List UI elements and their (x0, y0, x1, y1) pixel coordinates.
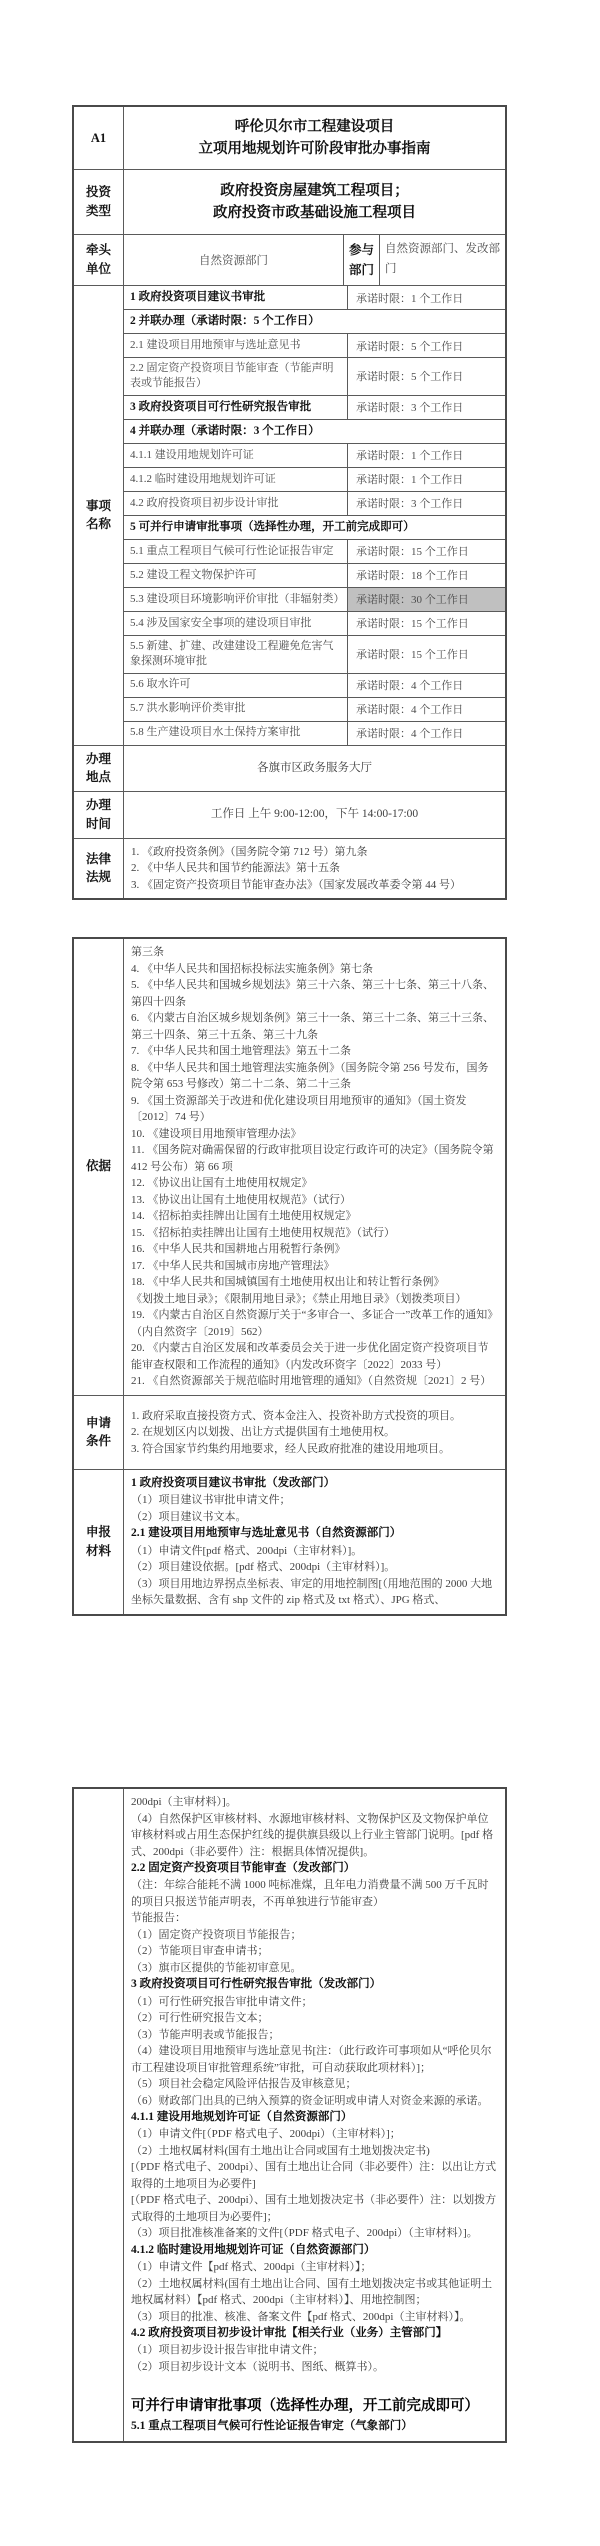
text-line: 4. 《中华人民共和国招标投标法实施条例》第七条 (131, 961, 498, 978)
lead-unit-label: 牵头 单位 (74, 235, 124, 285)
item-row: 5.2 建设工程文物保护许可承诺时限：18 个工作日 (124, 563, 505, 587)
item-time-limit: 承诺时限：1 个工作日 (347, 444, 505, 467)
items-group-row: 事项 名称 1 政府投资项目建议书审批承诺时限：1 个工作日2 并联办理（承诺时… (74, 285, 505, 745)
text-line: 5.1 重点工程项目气候可行性论证报告审定（气象部门） (131, 2418, 498, 2435)
item-time-limit-highlighted: 承诺时限：30 个工作日 (347, 588, 505, 611)
item-name: 5.1 重点工程项目气候可行性论证报告审定 (124, 540, 347, 563)
item-time-limit: 承诺时限：15 个工作日 (347, 612, 505, 635)
text-line: 1. 《政府投资条例》（国务院令第 712 号）第九条 (131, 844, 498, 861)
item-name: 4.1.1 建设用地规划许可证 (124, 444, 347, 467)
materials-continuation-table: 200dpi（主审材料）]。（4）自然保护区审核材料、水源地审核材料、文物保护区… (72, 1787, 507, 2443)
item-section-row: 2 并联办理（承诺时限：5 个工作日） (124, 309, 505, 333)
text-line: （1）固定资产投资项目节能报告； (131, 1927, 498, 1944)
text-line: （1）项目建议书审批申请文件； (131, 1492, 498, 1509)
text-line: （4）自然保护区审核材料、水源地审核材料、文物保护区及文物保护单位审核材料或占用… (131, 1811, 498, 1861)
text-line: 9. 《国土资源部关于改进和优化建设项目用地预审的通知》（国土资发〔2012〕7… (131, 1093, 498, 1126)
participating-dept-label: 参与 部门 (344, 235, 380, 285)
conditions-row: 申请 条件 1. 政府采取直接投资方式、资本金注入、投资补助方式投资的项目。2.… (74, 1395, 505, 1470)
text-line: 2. 《中华人民共和国节约能源法》第十五条 (131, 860, 498, 877)
item-row: 5.6 取水许可承诺时限：4 个工作日 (124, 673, 505, 697)
laws-list: 1. 《政府投资条例》（国务院令第 712 号）第九条2. 《中华人民共和国节约… (124, 839, 505, 899)
text-line (131, 2375, 498, 2391)
text-line: （2）节能项目审查申请书； (131, 1943, 498, 1960)
item-time-limit: 承诺时限：4 个工作日 (347, 698, 505, 721)
text-line: （3）项目用地边界拐点坐标表、审定的用地控制图[（用地范围的 2000 大地坐标… (131, 1576, 498, 1609)
text-line: （1）项目初步设计报告审批申请文件； (131, 2342, 498, 2359)
text-line: （注：年综合能耗不满 1000 吨标准煤，且年电力消费量不满 500 万千瓦时的… (131, 1877, 498, 1910)
item-time-limit: 承诺时限：5 个工作日 (347, 334, 505, 357)
text-line: （2）土地权属材料(国有土地出让合同、国有土地划拨决定书或其他证明土地权属材料）… (131, 2276, 498, 2309)
location-value: 各旗市区政务服务大厅 (124, 746, 505, 792)
text-line: 4.2 政府投资项目初步设计审批【相关行业（业务）主管部门】 (131, 2325, 498, 2342)
materials-label: 申报 材料 (74, 1470, 124, 1614)
text-line: 18. 《中华人民共和国城镇国有土地使用权出让和转让暂行条例》 (131, 1274, 498, 1291)
item-name: 1 政府投资项目建议书审批 (124, 286, 347, 309)
text-line: 1. 政府采取直接投资方式、资本金注入、投资补助方式投资的项目。 (131, 1408, 498, 1425)
hours-row: 办理 时间 工作日 上午 9:00-12:00，下午 14:00-17:00 (74, 791, 505, 838)
text-line: 19. 《内蒙古自治区自然资源厅关于“多审合一、多证合一”改革工作的通知》（内自… (131, 1307, 498, 1340)
text-line: 13. 《协议出让国有土地使用权规范》（试行） (131, 1192, 498, 1209)
item-section-row: 5 可并行申请审批事项（选择性办理，开工前完成即可） (124, 515, 505, 539)
laws-label: 法律 法规 (74, 839, 124, 899)
text-line: 4.1.2 临时建设用地规划许可证（自然资源部门） (131, 2242, 498, 2259)
text-line: （4）建设项目用地预审与选址意见书[注：（此行政许可事项如从“呼伦贝尔市工程建设… (131, 2043, 498, 2076)
guide-code: A1 (74, 107, 124, 169)
item-name: 2.1 建设项目用地预审与选址意见书 (124, 334, 347, 357)
item-time-limit: 承诺时限：3 个工作日 (347, 492, 505, 515)
item-row: 5.4 涉及国家安全事项的建设项目审批承诺时限：15 个工作日 (124, 611, 505, 635)
item-time-limit: 承诺时限：18 个工作日 (347, 564, 505, 587)
text-line: 21. 《自然资源部关于规范临时用地管理的通知》（自然资规〔2021〕2 号） (131, 1373, 498, 1390)
text-line: 7. 《中华人民共和国土地管理法》第五十二条 (131, 1043, 498, 1060)
hours-label: 办理 时间 (74, 792, 124, 838)
item-name: 4.1.2 临时建设用地规划许可证 (124, 468, 347, 491)
text-line: 3. 《固定资产投资项目节能审查办法》（国家发展改革委令第 44 号） (131, 877, 498, 894)
items-label: 事项 名称 (74, 286, 124, 745)
item-time-limit: 承诺时限：15 个工作日 (347, 540, 505, 563)
guide-table: A1 呼伦贝尔市工程建设项目 立项用地规划许可阶段审批办事指南 投资 类型 政府… (72, 105, 507, 900)
text-line: 《划拨土地目录》；《限制用地目录》；《禁止用地目录》（划拨类项目） (131, 1291, 498, 1308)
item-row: 5.1 重点工程项目气候可行性论证报告审定承诺时限：15 个工作日 (124, 539, 505, 563)
text-line: （2）项目建议书文本。 (131, 1509, 498, 1526)
item-time-limit: 承诺时限：1 个工作日 (347, 468, 505, 491)
text-line: 200dpi（主审材料）]。 (131, 1794, 498, 1811)
item-name: 5 可并行申请审批事项（选择性办理，开工前完成即可） (124, 516, 505, 539)
text-line: （1）申请文件[pdf 格式、200dpi（主审材料）]。 (131, 1543, 498, 1560)
item-name: 5.4 涉及国家安全事项的建设项目审批 (124, 612, 347, 635)
text-line: （3）旗市区提供的节能初审意见。 (131, 1960, 498, 1977)
text-line: 20. 《内蒙古自治区发展和改革委员会关于进一步优化固定资产投资项目节能审查权限… (131, 1340, 498, 1373)
basis-row: 依据 第三条4. 《中华人民共和国招标投标法实施条例》第七条5. 《中华人民共和… (74, 939, 505, 1395)
item-time-limit: 承诺时限：4 个工作日 (347, 674, 505, 697)
text-line: 17. 《中华人民共和国城市房地产管理法》 (131, 1258, 498, 1275)
item-name: 4 并联办理（承诺时限：3 个工作日） (124, 420, 505, 443)
text-line: （1）可行性研究报告审批申请文件； (131, 1994, 498, 2011)
text-line: 4.1.1 建设用地规划许可证（自然资源部门） (131, 2109, 498, 2126)
text-line: 3. 符合国家节约集约用地要求，经人民政府批准的建设用地项目。 (131, 1441, 498, 1458)
investment-type-label: 投资 类型 (74, 170, 124, 234)
item-row: 2.2 固定资产投资项目节能审查（节能声明表或节能报告）承诺时限：5 个工作日 (124, 357, 505, 395)
item-section-row: 4 并联办理（承诺时限：3 个工作日） (124, 419, 505, 443)
continuation-list: 200dpi（主审材料）]。（4）自然保护区审核材料、水源地审核材料、文物保护区… (124, 1789, 505, 2441)
text-line: 3 政府投资项目可行性研究报告审批（发改部门） (131, 1976, 498, 1993)
item-name: 5.2 建设工程文物保护许可 (124, 564, 347, 587)
investment-type-row: 投资 类型 政府投资房屋建筑工程项目； 政府投资市政基础设施工程项目 (74, 169, 505, 234)
text-line: 可并行申请审批事项（选择性办理，开工前完成即可） (131, 2391, 498, 2418)
text-line: （5）项目社会稳定风险评估报告及审核意见； (131, 2076, 498, 2093)
item-row: 3 政府投资项目可行性研究报告审批承诺时限：3 个工作日 (124, 395, 505, 419)
text-line: （2）项目初步设计文本（说明书、图纸、概算书）。 (131, 2359, 498, 2376)
item-time-limit: 承诺时限：3 个工作日 (347, 396, 505, 419)
text-line: 11. 《国务院对确需保留的行政审批项目设定行政许可的决定》（国务院令第 412… (131, 1142, 498, 1175)
text-line: （3）节能声明表或节能报告； (131, 2027, 498, 2044)
text-line: 14. 《招标拍卖挂牌出让国有土地使用权规定》 (131, 1208, 498, 1225)
materials-row: 申报 材料 1 政府投资项目建议书审批（发改部门）（1）项目建议书审批申请文件；… (74, 1469, 505, 1614)
text-line: 第三条 (131, 944, 498, 961)
location-row: 办理 地点 各旗市区政务服务大厅 (74, 745, 505, 792)
document-page: { "colors": { "border": "#4a4a4a", "text… (0, 0, 600, 2546)
laws-row: 法律 法规 1. 《政府投资条例》（国务院令第 712 号）第九条2. 《中华人… (74, 838, 505, 899)
text-line: （2）土地权属材料(国有土地出让合同或国有土地划拨决定书) (131, 2143, 498, 2160)
code-title-row: A1 呼伦贝尔市工程建设项目 立项用地规划许可阶段审批办事指南 (74, 107, 505, 169)
item-row: 1 政府投资项目建议书审批承诺时限：1 个工作日 (124, 286, 505, 309)
item-row: 2.1 建设项目用地预审与选址意见书承诺时限：5 个工作日 (124, 333, 505, 357)
guide-title: 呼伦贝尔市工程建设项目 立项用地规划许可阶段审批办事指南 (124, 107, 505, 169)
item-name: 3 政府投资项目可行性研究报告审批 (124, 396, 347, 419)
location-label: 办理 地点 (74, 746, 124, 792)
text-line: （3）项目的批准、核准、备案文件【pdf 格式、200dpi（主审材料）】。 (131, 2309, 498, 2326)
text-line: （6）财政部门出具的已纳入预算的资金证明或申请人对资金来源的承诺。 (131, 2093, 498, 2110)
item-row: 5.3 建设项目环境影响评价审批（非辐射类）承诺时限：30 个工作日 (124, 587, 505, 611)
participating-dept-value: 自然资源部门、发改部门 (380, 235, 505, 285)
investment-type-value: 政府投资房屋建筑工程项目； 政府投资市政基础设施工程项目 (124, 170, 505, 234)
item-name: 2.2 固定资产投资项目节能审查（节能声明表或节能报告） (124, 358, 347, 395)
lead-unit-row: 牵头 单位 自然资源部门 参与 部门 自然资源部门、发改部门 (74, 234, 505, 285)
hours-value: 工作日 上午 9:00-12:00，下午 14:00-17:00 (124, 792, 505, 838)
item-row: 5.8 生产建设项目水土保持方案审批承诺时限：4 个工作日 (124, 721, 505, 745)
conditions-list: 1. 政府采取直接投资方式、资本金注入、投资补助方式投资的项目。2. 在规划区内… (124, 1396, 505, 1470)
text-line: 6. 《内蒙古自治区城乡规划条例》第三十一条、第三十二条、第三十三条、第三十四条… (131, 1010, 498, 1043)
item-time-limit: 承诺时限：15 个工作日 (347, 636, 505, 673)
text-line: 12. 《协议出让国有土地使用权规定》 (131, 1175, 498, 1192)
text-line: 2.2 固定资产投资项目节能审查（发改部门） (131, 1860, 498, 1877)
text-line: （3）项目批准核准备案的文件[（PDF 格式电子、200dpi）（主审材料）]。 (131, 2225, 498, 2242)
text-line: 10. 《建设项目用地预审管理办法》 (131, 1126, 498, 1143)
lead-unit-value: 自然资源部门 (124, 235, 344, 285)
text-line: 5. 《中华人民共和国城乡规划法》第三十六条、第三十七条、第三十八条、第四十四条 (131, 977, 498, 1010)
item-time-limit: 承诺时限：1 个工作日 (347, 286, 505, 309)
item-row: 4.2 政府投资项目初步设计审批承诺时限：3 个工作日 (124, 491, 505, 515)
basis-table: 依据 第三条4. 《中华人民共和国招标投标法实施条例》第七条5. 《中华人民共和… (72, 937, 507, 1616)
item-row: 4.1.2 临时建设用地规划许可证承诺时限：1 个工作日 (124, 467, 505, 491)
item-name: 5.8 生产建设项目水土保持方案审批 (124, 722, 347, 745)
materials-list: 1 政府投资项目建议书审批（发改部门）（1）项目建议书审批申请文件；（2）项目建… (124, 1470, 505, 1614)
text-line: 16. 《中华人民共和国耕地占用税暂行条例》 (131, 1241, 498, 1258)
text-line: 8. 《中华人民共和国土地管理法实施条例》（国务院令第 256 号发布，国务院令… (131, 1060, 498, 1093)
item-name: 5.5 新建、扩建、改建建设工程避免危害气象探测环境审批 (124, 636, 347, 673)
text-line: [（PDF 格式电子、200dpi）、国有土地出让合同（非必要件）注：以出让方式… (131, 2159, 498, 2192)
text-line: （2）可行性研究报告文本； (131, 2010, 498, 2027)
basis-label: 依据 (74, 939, 124, 1395)
basis-list: 第三条4. 《中华人民共和国招标投标法实施条例》第七条5. 《中华人民共和国城乡… (124, 939, 505, 1395)
text-line: 15. 《招标拍卖挂牌出让国有土地使用权规范》（试行） (131, 1225, 498, 1242)
continuation-empty-label (74, 1789, 124, 2441)
item-name: 5.6 取水许可 (124, 674, 347, 697)
items-list: 1 政府投资项目建议书审批承诺时限：1 个工作日2 并联办理（承诺时限：5 个工… (124, 286, 505, 745)
text-line: （1）申请文件[（PDF 格式电子、200dpi）（主审材料）]； (131, 2126, 498, 2143)
conditions-label: 申请 条件 (74, 1396, 124, 1470)
item-name: 5.7 洪水影响评价类审批 (124, 698, 347, 721)
text-line: 1 政府投资项目建议书审批（发改部门） (131, 1475, 498, 1492)
continuation-row: 200dpi（主审材料）]。（4）自然保护区审核材料、水源地审核材料、文物保护区… (74, 1789, 505, 2441)
text-line: [（PDF 格式电子、200dpi）、国有土地划拨决定书（非必要件）注：以划拨方… (131, 2192, 498, 2225)
item-row: 5.5 新建、扩建、改建建设工程避免危害气象探测环境审批承诺时限：15 个工作日 (124, 635, 505, 673)
item-time-limit: 承诺时限：4 个工作日 (347, 722, 505, 745)
item-row: 5.7 洪水影响评价类审批承诺时限：4 个工作日 (124, 697, 505, 721)
text-line: （2）项目建设依据。[pdf 格式、200dpi（主审材料）]。 (131, 1559, 498, 1576)
text-line: 2.1 建设项目用地预审与选址意见书（自然资源部门） (131, 1525, 498, 1542)
text-line: 节能报告： (131, 1910, 498, 1927)
text-line: （1）申请文件【pdf 格式、200dpi（主审材料）】； (131, 2259, 498, 2276)
item-name: 5.3 建设项目环境影响评价审批（非辐射类） (124, 588, 347, 611)
text-line: 2. 在规划区内以划拨、出让方式提供国有土地使用权。 (131, 1424, 498, 1441)
item-name: 2 并联办理（承诺时限：5 个工作日） (124, 310, 505, 333)
item-name: 4.2 政府投资项目初步设计审批 (124, 492, 347, 515)
item-time-limit: 承诺时限：5 个工作日 (347, 358, 505, 395)
item-row: 4.1.1 建设用地规划许可证承诺时限：1 个工作日 (124, 443, 505, 467)
